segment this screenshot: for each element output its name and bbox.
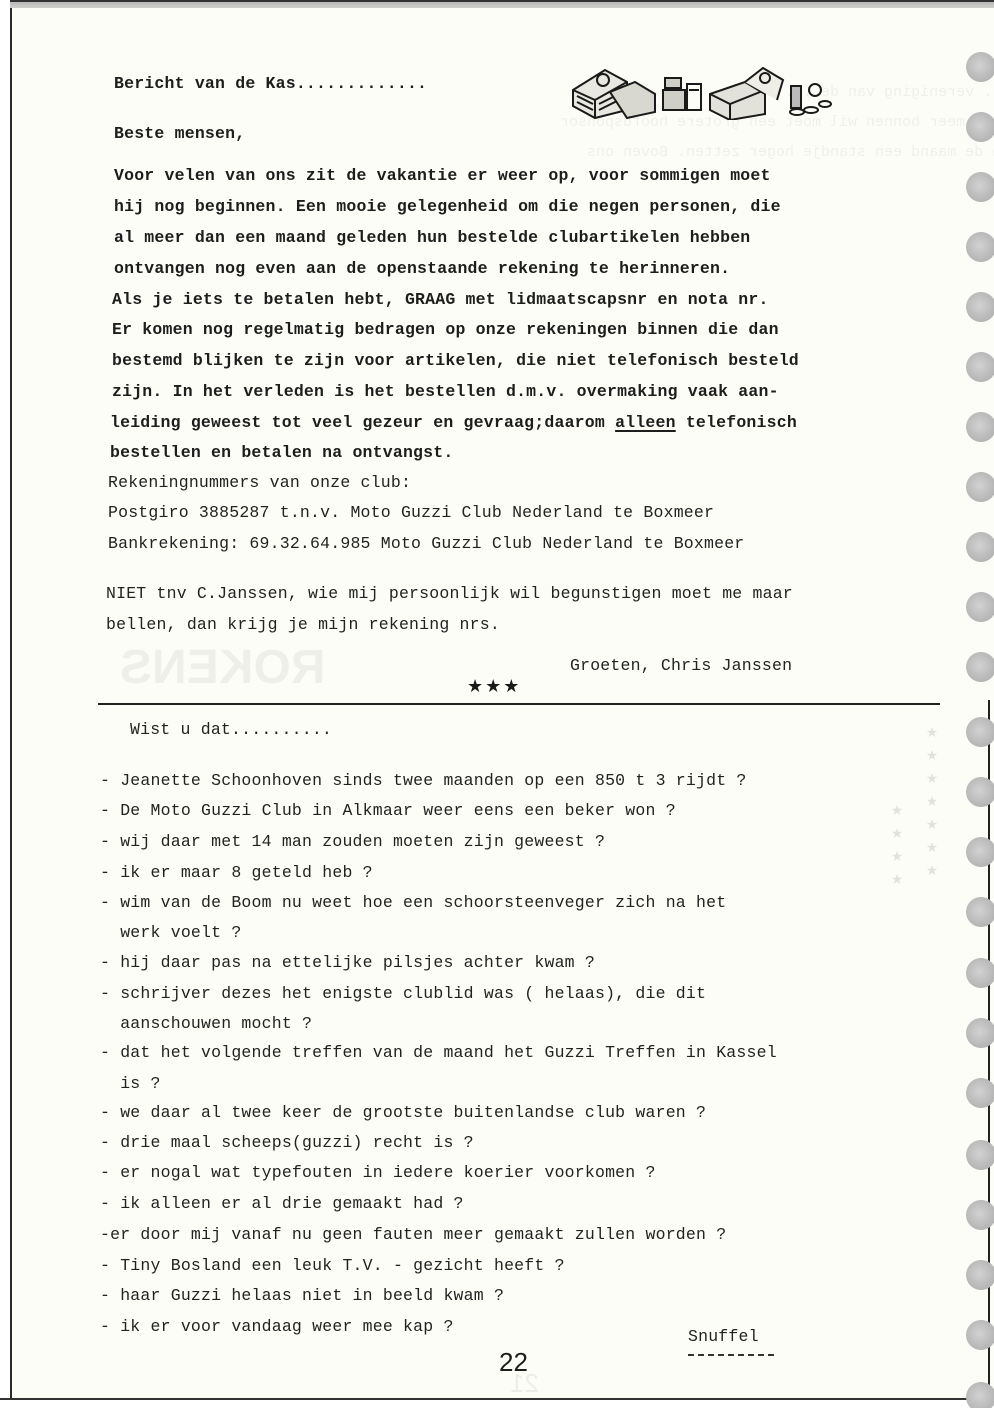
note-line-2: bellen, dan krijg je mijn rekening nrs. xyxy=(106,615,500,634)
text-span: leiding geweest tot veel gezeur en gevra… xyxy=(110,413,615,432)
binder-hole xyxy=(966,112,994,142)
faint-star-column: ★★★★ xyxy=(890,800,904,892)
list-item: - ik er voor vandaag weer mee kap ? xyxy=(100,1317,454,1336)
binder-hole xyxy=(966,292,994,322)
list-item: - drie maal scheeps(guzzi) recht is ? xyxy=(100,1133,474,1152)
list-item: -er door mij vanaf nu geen fauten meer g… xyxy=(100,1225,726,1244)
list-item: - dat het volgende treffen van de maand … xyxy=(100,1043,777,1062)
note-line-1: NIET tnv C.Janssen, wie mij persoonlijk … xyxy=(106,584,793,603)
binder-hole xyxy=(966,412,994,442)
list-item: - we daar al twee keer de grootste buite… xyxy=(100,1103,706,1122)
binder-hole xyxy=(966,52,994,82)
binder-hole xyxy=(966,172,994,202)
paragraph-line: ontvangen nog even aan de openstaande re… xyxy=(114,259,730,278)
list-item: - haar Guzzi helaas niet in beeld kwam ? xyxy=(100,1286,504,1305)
money-stacks-illustration xyxy=(565,60,835,120)
paragraph-line: Voor velen van ons zit de vakantie er we… xyxy=(114,166,771,185)
binder-hole xyxy=(966,472,994,502)
binder-hole xyxy=(966,1078,994,1108)
paragraph-line: Als je iets te betalen hebt, GRAAG met l… xyxy=(112,290,769,309)
binder-hole xyxy=(966,1382,994,1408)
article-title-wist-u-dat: Wist u dat.......... xyxy=(130,720,332,739)
postgiro-account: Postgiro 3885287 t.n.v. Moto Guzzi Club … xyxy=(108,503,714,522)
section-separator-stars: ★★★ xyxy=(467,676,521,697)
list-item: - schrijver dezes het enigste clublid wa… xyxy=(100,984,706,1003)
binder-hole xyxy=(966,837,994,867)
article-title: Bericht van de Kas............. xyxy=(114,74,427,93)
paragraph-line: Er komen nog regelmatig bedragen op onze… xyxy=(112,320,779,339)
list-item: aanschouwen mocht ? xyxy=(100,1014,312,1033)
binder-hole xyxy=(966,352,994,382)
binder-hole xyxy=(966,777,994,807)
paragraph-line-9: leiding geweest tot veel gezeur en gevra… xyxy=(110,413,797,432)
binder-hole xyxy=(966,1260,994,1290)
section-divider xyxy=(98,703,940,705)
list-item: - De Moto Guzzi Club in Alkmaar weer een… xyxy=(100,801,676,820)
text-span: telefonisch xyxy=(676,413,797,432)
paragraph-line: al meer dan een maand geleden hun bestel… xyxy=(114,228,750,247)
page-number: 22 xyxy=(499,1347,528,1378)
signoff: Groeten, Chris Janssen xyxy=(570,656,792,675)
scan-bottom-edge xyxy=(0,1398,994,1400)
list-item: - wij daar met 14 man zouden moeten zijn… xyxy=(100,832,605,851)
binder-hole xyxy=(966,652,994,682)
bleed-through-heading: ROKENS xyxy=(120,640,325,695)
list-item: - ik er maar 8 geteld heb ? xyxy=(100,863,373,882)
list-item: - hij daar pas na ettelijke pilsjes acht… xyxy=(100,953,595,972)
paragraph-line: bestemd blijken te zijn voor artikelen, … xyxy=(112,351,799,370)
binder-hole xyxy=(966,958,994,988)
faint-star-column: ★★★★★★★ xyxy=(925,722,939,883)
binder-hole xyxy=(966,897,994,927)
binder-hole xyxy=(966,592,994,622)
list-item: - Tiny Bosland een leuk T.V. - gezicht h… xyxy=(100,1256,565,1275)
paragraph-line: hij nog beginnen. Een mooie gelegenheid … xyxy=(114,197,781,216)
signature: Snuffel xyxy=(688,1327,759,1346)
signature-underline xyxy=(688,1354,774,1356)
paragraph-line-10: bestellen en betalen na ontvangst. xyxy=(110,443,453,462)
list-item: - wim van de Boom nu weet hoe een schoor… xyxy=(100,893,726,912)
list-item: - Jeanette Schoonhoven sinds twee maande… xyxy=(100,771,747,790)
emphasis-underlined: alleen xyxy=(615,413,676,432)
binder-hole xyxy=(966,1320,994,1350)
binder-hole xyxy=(966,232,994,262)
binder-hole xyxy=(966,1140,994,1170)
list-item: - ik alleen er al drie gemaakt had ? xyxy=(100,1194,464,1213)
greeting: Beste mensen, xyxy=(114,124,245,143)
bank-account: Bankrekening: 69.32.64.985 Moto Guzzi Cl… xyxy=(108,534,744,553)
accounts-heading: Rekeningnummers van onze club: xyxy=(108,473,411,492)
binder-hole xyxy=(966,717,994,747)
binder-hole xyxy=(966,532,994,562)
list-item: werk voelt ? xyxy=(100,923,241,942)
list-item: is ? xyxy=(100,1074,161,1093)
binder-hole xyxy=(966,1018,994,1048)
binder-hole xyxy=(966,1200,994,1230)
paragraph-line: zijn. In het verleden is het bestellen d… xyxy=(112,382,779,401)
list-item: - er nogal wat typefouten in iedere koer… xyxy=(100,1163,656,1182)
